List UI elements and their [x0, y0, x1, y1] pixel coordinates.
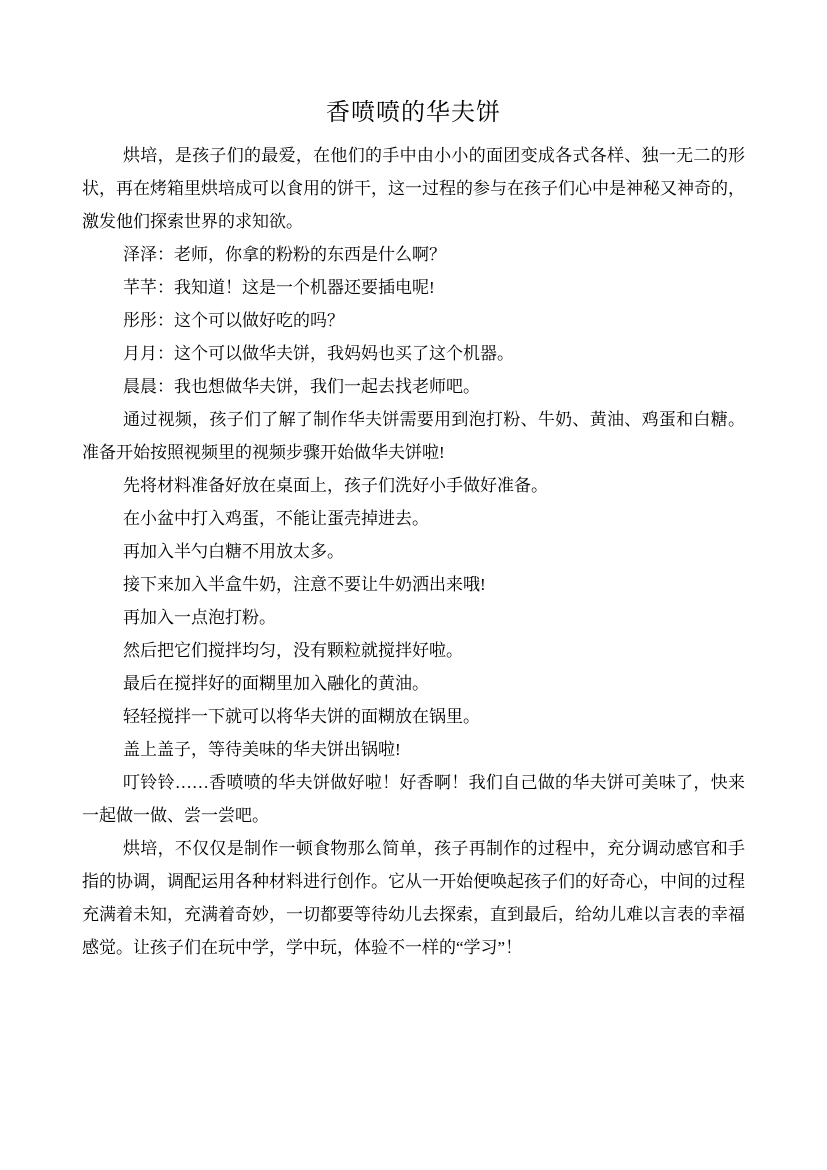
step-prepare-materials: 先将材料准备好放在桌面上，孩子们洗好小手做好准备。 — [82, 469, 745, 502]
dialogue-zeze: 泽泽：老师，你拿的粉粉的东西是什么啊？ — [82, 238, 745, 271]
paragraph-conclusion: 烘培，不仅仅是制作一顿食物那么简单，孩子再制作的过程中，充分调动感官和手指的协调… — [82, 832, 745, 964]
step-stir-mixture: 然后把它们搅拌均匀，没有颗粒就搅拌好啦。 — [82, 634, 745, 667]
paragraph-intro: 烘培，是孩子们的最爱，在他们的手中由小小的面团变成各式各样、独一无二的形状，再在… — [82, 139, 745, 238]
step-add-butter: 最后在搅拌好的面糊里加入融化的黄油。 — [82, 667, 745, 700]
step-add-baking-powder: 再加入一点泡打粉。 — [82, 601, 745, 634]
step-add-milk: 接下来加入半盒牛奶，注意不要让牛奶洒出来哦! — [82, 568, 745, 601]
dialogue-qianqian: 芊芊：我知道！这是一个机器还要插电呢! — [82, 271, 745, 304]
paragraph-waffle-ready: 叮铃铃……香喷喷的华夫饼做好啦！好香啊！我们自己做的华夫饼可美味了，快来一起做一… — [82, 766, 745, 832]
dialogue-yueyue: 月月：这个可以做华夫饼，我妈妈也买了这个机器。 — [82, 337, 745, 370]
step-pour-batter: 轻轻搅拌一下就可以将华夫饼的面糊放在锅里。 — [82, 700, 745, 733]
step-close-lid: 盖上盖子，等待美味的华夫饼出锅啦! — [82, 733, 745, 766]
step-add-sugar: 再加入半勺白糖不用放太多。 — [82, 535, 745, 568]
dialogue-tongtong: 彤彤：这个可以做好吃的吗？ — [82, 304, 745, 337]
document-page: 香喷喷的华夫饼 烘培，是孩子们的最爱，在他们的手中由小小的面团变成各式各样、独一… — [0, 0, 827, 1170]
document-title: 香喷喷的华夫饼 — [82, 95, 745, 131]
dialogue-chenchen: 晨晨：我也想做华夫饼，我们一起去找老师吧。 — [82, 370, 745, 403]
step-crack-egg: 在小盆中打入鸡蛋，不能让蛋壳掉进去。 — [82, 502, 745, 535]
document-body: 烘培，是孩子们的最爱，在他们的手中由小小的面团变成各式各样、独一无二的形状，再在… — [82, 139, 745, 964]
paragraph-video-intro: 通过视频，孩子们了解了制作华夫饼需要用到泡打粉、牛奶、黄油、鸡蛋和白糖。准备开始… — [82, 403, 745, 469]
